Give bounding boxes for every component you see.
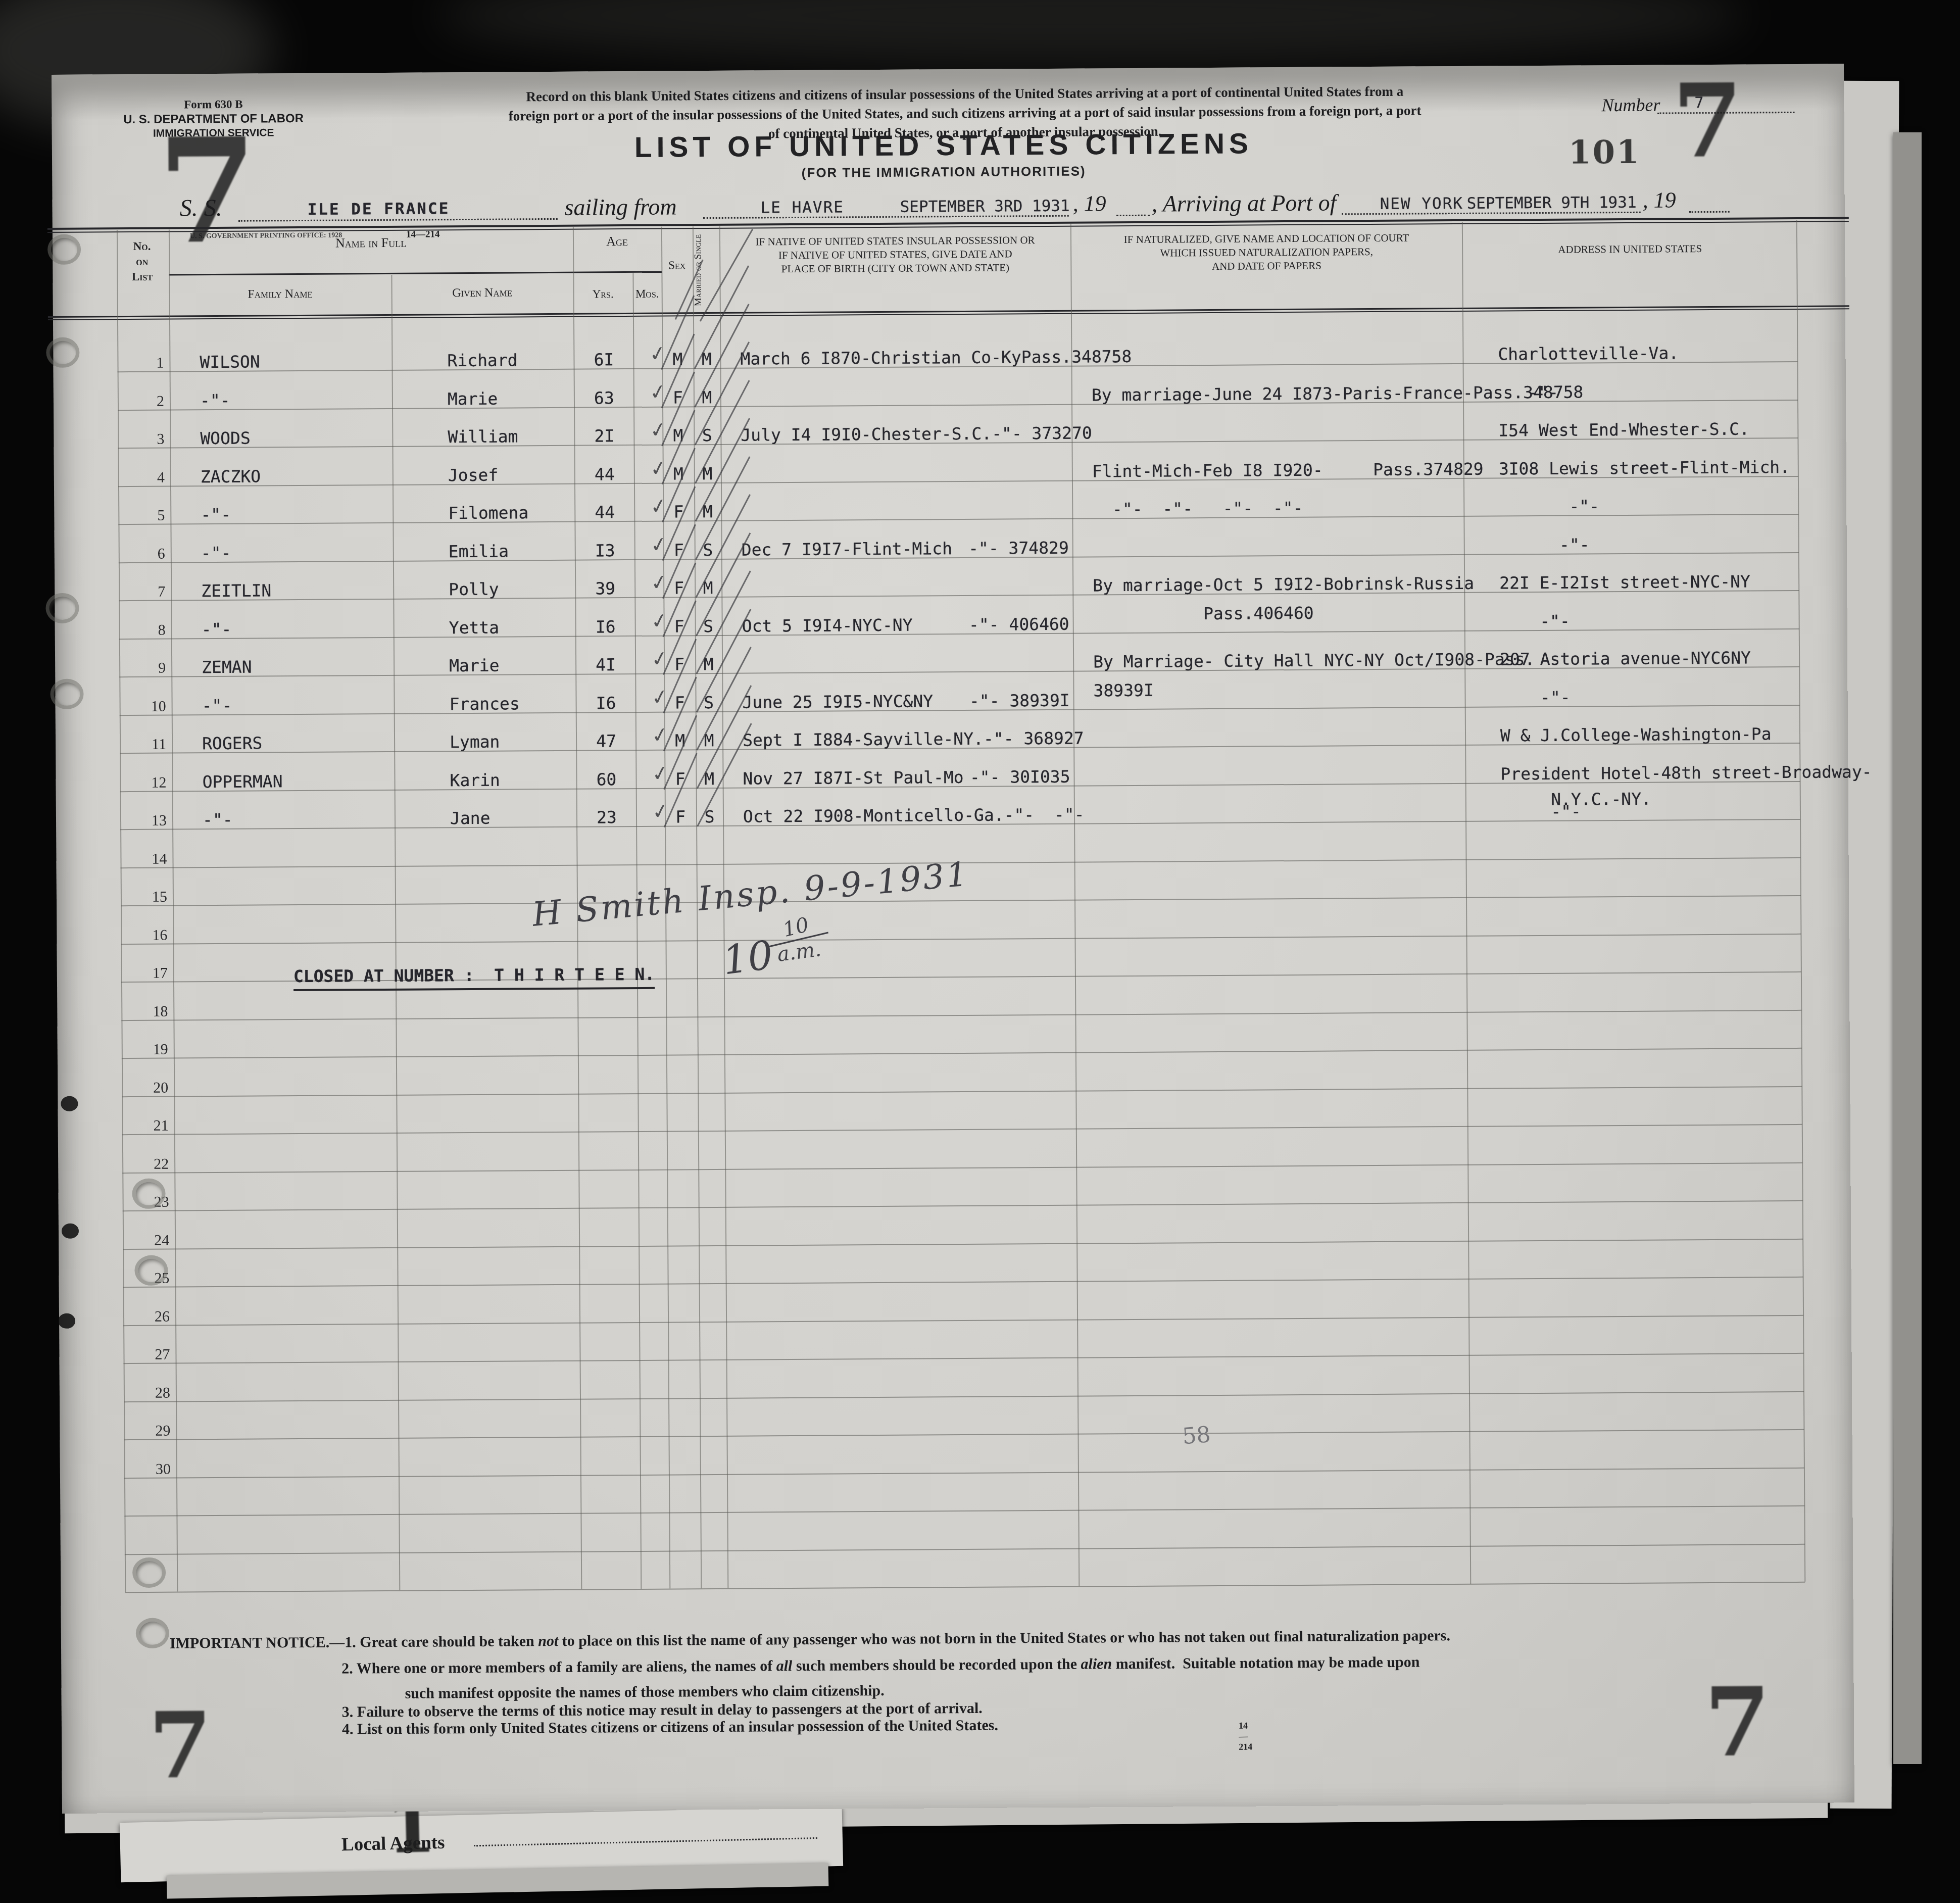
column-line — [1796, 220, 1805, 1582]
binder-ring — [50, 679, 83, 709]
row-address: 22I E-I2Ist street-NYC-NY — [1499, 571, 1798, 593]
row-given-name: Filomena — [448, 503, 528, 523]
binder-ring — [136, 1618, 169, 1648]
row-naturalization: By marriage-June 24 I873-Paris-France-Pa… — [1092, 382, 1460, 404]
row-family-name: OPPERMAN — [202, 771, 282, 792]
row-given-name: Emilia — [449, 541, 509, 561]
row-birth-and-passport: July I4 I9I0-Chester-S.C.-"- 373270 — [741, 423, 1068, 445]
row-given-name: Jane — [450, 808, 491, 828]
stamp-seven-bottom-left: 7 — [149, 1706, 212, 1784]
rule-line — [123, 1238, 1803, 1249]
rule-line — [125, 1543, 1805, 1554]
row-family-name: WILSON — [200, 352, 260, 372]
row-number: 4 — [118, 469, 165, 486]
row-family-name: -"- — [202, 695, 232, 715]
binder-ring — [132, 1557, 166, 1588]
closed-at-number-note: CLOSED AT NUMBER : T H I R T E E N. — [293, 964, 655, 991]
underlying-sheet-right-edge — [1893, 132, 1922, 1764]
row-passport-number: -"- 373270 — [992, 423, 1092, 443]
row-birth-and-passport: Oct 5 I9I4-NYC-NY-"- 406460 — [742, 614, 1069, 636]
row-age-years: I3 — [577, 540, 633, 560]
row-marital-status: S — [696, 807, 723, 826]
stamp-seven-bottom-right: 7 — [1704, 1682, 1771, 1763]
row-age-years: 60 — [578, 769, 634, 789]
column-line — [1462, 222, 1471, 1584]
row-address-line: -"- — [1500, 686, 1799, 707]
row-naturalization: -"- -"- -"- -"- — [1092, 497, 1461, 519]
rule-line — [122, 1048, 1802, 1059]
row-number: 5 — [118, 507, 165, 525]
row-number: 8 — [119, 621, 166, 639]
row-given-name: Karin — [450, 770, 500, 790]
rule-line — [123, 1200, 1803, 1211]
row-given-name: Yetta — [449, 617, 500, 638]
row-number: 11 — [120, 736, 166, 754]
row-address: I54 West End-Whester-S.C. — [1498, 419, 1797, 441]
row-address: Charlotteville-Va. — [1498, 343, 1797, 364]
manifest-table: 1234567891011121314151617181920212223242… — [52, 64, 1854, 1814]
rule-line — [124, 1505, 1804, 1517]
row-age-years: 4I — [578, 655, 633, 675]
row-birth-and-passport: Dec 7 I9I7-Flint-Mich-"- 374829 — [742, 538, 1069, 559]
row-number: 20 — [122, 1079, 168, 1097]
row-family-name: -"- — [203, 810, 233, 829]
column-line — [632, 273, 642, 1589]
row-family-name: ZEITLIN — [201, 580, 271, 601]
row-birthplace: Nov 27 I87I-St Paul-Mo — [743, 767, 963, 788]
row-age-years: 63 — [576, 387, 632, 408]
row-naturalization-line: By marriage-Oct 5 I9I2-Bobrinsk-Russia — [1093, 573, 1461, 595]
row-naturalization-line: By Marriage- City Hall NYC-NY Oct/I908-P… — [1093, 650, 1462, 671]
row-number: 30 — [124, 1460, 171, 1478]
row-family-name: ZEMAN — [202, 657, 252, 677]
row-family-name: -"- — [202, 619, 232, 639]
row-birth-and-passport: Oct 22 I908-Monticello-Ga.-"- -"- — [743, 805, 1070, 826]
row-address-line: I54 West End-Whester-S.C. — [1498, 419, 1797, 441]
row-passport-number: -"- 38939I — [969, 690, 1070, 710]
row-address: -"- — [1500, 609, 1799, 631]
row-birthplace: June 25 I9I5-NYC&NY — [742, 691, 933, 712]
binder-ring — [45, 593, 79, 623]
row-address-line: 3I08 Lewis street-Flint-Mich. — [1499, 457, 1798, 478]
row-address-line: Charlotteville-Va. — [1498, 343, 1797, 364]
row-passport-number: -"- 30I035 — [970, 766, 1070, 787]
row-address-line: 207 Astoria avenue-NYC6NY — [1500, 648, 1799, 669]
rule-line — [122, 1124, 1802, 1135]
row-number: 27 — [123, 1346, 170, 1364]
binder-ring — [47, 234, 81, 265]
row-address-line: President Hotel-48th street-Broadway- — [1500, 762, 1799, 784]
row-number: 9 — [119, 660, 166, 677]
rule-line — [124, 1429, 1804, 1440]
row-age-years: 47 — [578, 731, 634, 751]
row-address-line: -"- — [1500, 609, 1799, 631]
row-naturalization-line: -"- -"- -"- -"- — [1092, 497, 1461, 519]
row-age-years: 44 — [577, 464, 632, 484]
row-given-name: Polly — [449, 579, 499, 600]
row-birth-and-passport: March 6 I870-Christian Co-KyPass.348758 — [740, 347, 1067, 369]
row-naturalization-line: Pass.406460 — [1093, 602, 1461, 624]
row-passport-number: -"- 406460 — [969, 614, 1069, 634]
row-address: -"- — [1500, 686, 1799, 707]
row-family-name: -"- — [201, 505, 231, 524]
hole-punch — [58, 1313, 75, 1329]
row-address-line: -"- — [1501, 800, 1800, 822]
rule-line — [124, 1353, 1804, 1364]
row-number: 21 — [122, 1117, 169, 1135]
row-birthplace: March 6 I870-Christian Co-Ky — [740, 347, 1021, 368]
local-agents-dotted-line — [474, 1836, 817, 1846]
row-family-name: -"- — [201, 543, 231, 562]
row-given-name: Josef — [448, 465, 499, 485]
row-address: -"- — [1499, 533, 1798, 555]
notice-label: IMPORTANT NOTICE.— — [170, 1634, 345, 1652]
row-age-years: I6 — [578, 616, 633, 637]
row-address: W & J.College-Washington-Pa — [1500, 724, 1799, 746]
hole-punch — [61, 1096, 78, 1111]
row-number: 19 — [122, 1041, 168, 1059]
row-given-name: Frances — [450, 694, 520, 714]
row-number: 24 — [123, 1232, 169, 1249]
row-given-name: William — [448, 426, 518, 447]
row-birth-and-passport: Sept I I884-Sayville-NY.-"- 368927 — [743, 728, 1070, 750]
rule-line — [122, 1086, 1802, 1097]
rule-line — [121, 895, 1801, 906]
binder-ring — [134, 1255, 168, 1286]
row-number: 10 — [120, 698, 166, 715]
row-age-years: 39 — [577, 578, 633, 599]
row-number: 18 — [121, 1003, 168, 1020]
row-number: 26 — [123, 1308, 170, 1326]
row-birthplace: Oct 5 I9I4-NYC-NY — [742, 615, 913, 636]
row-passport-number: -"- -"- — [1004, 805, 1084, 825]
scan-shadow-blob — [434, 0, 1748, 66]
row-birthplace: Dec 7 I9I7-Flint-Mich — [742, 539, 952, 560]
row-naturalization-line: Flint-Mich-Feb I8 I920- Pass.374829 — [1092, 459, 1461, 480]
row-number: 6 — [119, 545, 165, 563]
row-address-line: 22I E-I2Ist street-NYC-NY — [1499, 571, 1798, 593]
row-naturalization: Flint-Mich-Feb I8 I920- Pass.374829 — [1092, 459, 1461, 480]
row-naturalization-line: By marriage-June 24 I873-Paris-France-Pa… — [1092, 382, 1460, 404]
rule-line — [125, 1582, 1805, 1593]
time-fraction: 10 a.m. — [764, 912, 830, 967]
row-address: 207 Astoria avenue-NYC6NY — [1500, 648, 1799, 669]
row-birthplace: Sept I I884-Sayville-NY. — [743, 729, 984, 750]
row-address-line: -"- — [1498, 380, 1797, 402]
rule-line — [124, 1391, 1804, 1402]
row-address: -"- — [1499, 495, 1798, 517]
row-number: 7 — [119, 583, 165, 601]
row-naturalization-line: 38939I — [1093, 678, 1462, 700]
row-given-name: Marie — [448, 388, 498, 409]
binder-ring — [132, 1179, 165, 1209]
row-address-line: -"- — [1499, 495, 1798, 517]
scanned-manifest-scene: Local Agents 1 Form 630 B U. S. DEPARTME… — [0, 0, 1960, 1903]
row-passport-number: -"- 368927 — [984, 728, 1084, 749]
row-number: 28 — [124, 1384, 170, 1402]
rule-line — [123, 1314, 1803, 1326]
row-number: 3 — [118, 431, 164, 449]
rule-line — [121, 933, 1801, 944]
row-age-years: 2I — [576, 426, 632, 446]
row-number: 13 — [120, 812, 167, 830]
row-number: 1 — [117, 355, 164, 372]
binder-ring — [46, 337, 79, 368]
row-age-years: 44 — [577, 502, 632, 522]
row-given-name: Richard — [447, 350, 517, 370]
rule-line — [122, 1162, 1802, 1173]
row-birthplace: July I4 I9I0-Chester-S.C. — [741, 424, 992, 445]
row-age-years: 6I — [576, 350, 631, 370]
row-address-line: -"- — [1499, 533, 1798, 555]
pencil-page-number: 58 — [1182, 1422, 1212, 1449]
row-number: 15 — [121, 889, 167, 906]
row-age-years: I6 — [578, 693, 633, 713]
row-address: -"- — [1498, 380, 1797, 402]
row-family-name: ZACZKO — [201, 466, 261, 486]
manifest-page: Form 630 B U. S. DEPARTMENT OF LABOR IMM… — [52, 64, 1854, 1814]
row-address: -"- — [1501, 800, 1800, 822]
row-birthplace: Oct 22 I908-Monticello-Ga. — [743, 805, 1004, 826]
row-given-name: Lyman — [450, 732, 500, 752]
row-family-name: ROGERS — [202, 733, 262, 753]
row-number: 16 — [121, 926, 167, 944]
row-birth-and-passport: Nov 27 I87I-St Paul-Mo-"- 30I035 — [743, 766, 1070, 788]
row-family-name: -"- — [200, 390, 230, 410]
row-address: 3I08 Lewis street-Flint-Mich. — [1499, 457, 1798, 478]
rule-line — [124, 1467, 1804, 1478]
row-number: 29 — [124, 1423, 170, 1440]
row-birth-and-passport: June 25 I9I5-NYC&NY-"- 38939I — [742, 690, 1069, 712]
row-given-name: Marie — [449, 656, 500, 676]
row-address-line: W & J.College-Washington-Pa — [1500, 724, 1799, 746]
row-number: 2 — [118, 393, 164, 410]
row-number: 12 — [120, 774, 166, 792]
row-family-name: WOODS — [200, 428, 251, 449]
row-naturalization: By Marriage- City Hall NYC-NY Oct/I908-P… — [1093, 650, 1462, 700]
column-line — [391, 275, 400, 1590]
row-naturalization: By marriage-Oct 5 I9I2-Bobrinsk-Russia P… — [1093, 573, 1462, 624]
notice-print-code: 14—214 — [1239, 1721, 1252, 1752]
row-passport-number: Pass.348758 — [1021, 347, 1132, 367]
row-number: 17 — [121, 965, 168, 983]
rule-line — [121, 1009, 1801, 1020]
rule-line — [123, 1277, 1803, 1288]
time-annotation: 10 10 a.m. — [720, 933, 775, 984]
hole-punch — [62, 1224, 79, 1239]
row-number: 22 — [122, 1155, 169, 1173]
row-number: 14 — [120, 850, 167, 868]
row-age-years: 23 — [579, 807, 634, 827]
row-passport-number: -"- 374829 — [968, 538, 1069, 558]
